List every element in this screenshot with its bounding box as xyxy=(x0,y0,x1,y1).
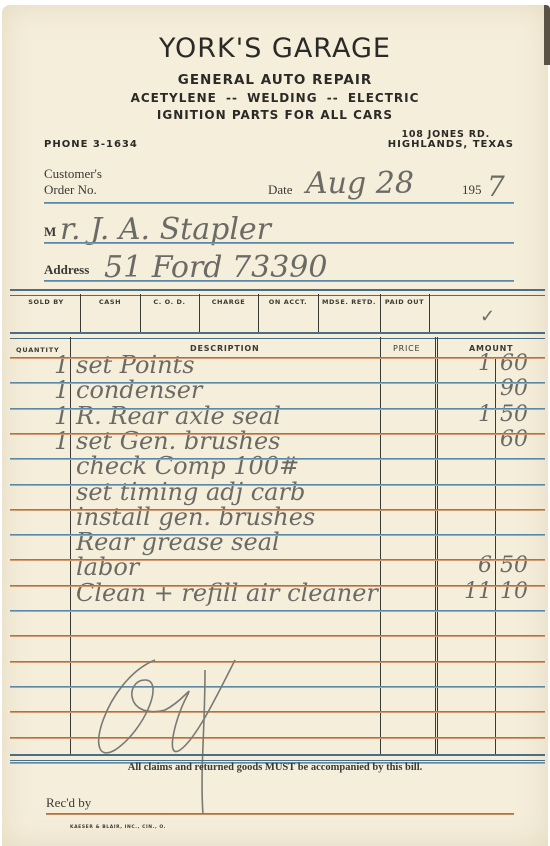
address-label: Address xyxy=(44,262,89,278)
row-rule xyxy=(10,433,545,434)
col-mdse-retd: MDSE. RETD. xyxy=(318,298,380,306)
services: ACETYLENE -- WELDING -- ELECTRIC xyxy=(0,91,550,105)
signature xyxy=(85,640,265,820)
item-description: install gen. brushes xyxy=(76,503,315,531)
item-cents: 10 xyxy=(500,579,528,604)
order-no-label-2: Order No. xyxy=(44,182,97,198)
header-quantity: QUANTITY xyxy=(16,346,59,354)
row-rule xyxy=(10,610,545,611)
item-cents: 60 xyxy=(500,427,528,452)
payment-top-rule xyxy=(10,289,545,296)
item-dollars: 1 xyxy=(460,402,492,427)
col-charge: CHARGE xyxy=(199,298,258,306)
amount-divider-b xyxy=(437,337,438,754)
item-cents: 50 xyxy=(500,402,528,427)
item-description: labor xyxy=(76,553,139,581)
name-label: M xyxy=(44,224,56,240)
amount-divider-a xyxy=(435,337,436,754)
item-qty: 1 xyxy=(54,376,69,404)
item-description: condenser xyxy=(76,376,202,404)
row-rule xyxy=(10,559,545,560)
col-cash: CASH xyxy=(80,298,140,306)
item-description: set timing adj carb xyxy=(76,478,305,506)
col-cod: C. O. D. xyxy=(140,298,199,306)
address-line-2: HIGHLANDS, TEXAS xyxy=(388,139,514,150)
item-dollars: 6 xyxy=(460,553,492,578)
row-rule xyxy=(10,408,545,409)
row-rule xyxy=(10,635,545,636)
row-rule xyxy=(10,382,545,383)
table-bottom-rule xyxy=(10,754,545,761)
year-printed: 195 xyxy=(462,182,482,198)
divider xyxy=(429,294,430,332)
check-mark: ✓ xyxy=(480,306,495,327)
address-rule xyxy=(44,280,514,282)
row-rule xyxy=(10,357,545,358)
phone-number: PHONE 3-1634 xyxy=(44,139,138,150)
cents-divider xyxy=(495,357,496,754)
order-no-label-1: Customer's xyxy=(44,166,102,182)
item-description: set Points xyxy=(76,351,195,379)
date-label: Date xyxy=(268,182,293,198)
item-description: set Gen. brushes xyxy=(76,427,280,455)
order-rule xyxy=(44,202,514,204)
printer-credit: KAESER & BLAIR, INC., CIN., O. xyxy=(70,825,166,830)
item-description: check Comp 100# xyxy=(76,452,299,480)
item-dollars: 1 xyxy=(460,351,492,376)
price-divider xyxy=(380,337,381,754)
business-name: YORK'S GARAGE xyxy=(0,33,550,64)
item-qty: 1 xyxy=(54,402,69,430)
item-cents: 50 xyxy=(500,553,528,578)
received-by-rule xyxy=(46,813,514,815)
row-rule xyxy=(10,585,545,586)
col-sold-by: SOLD BY xyxy=(12,298,80,306)
row-rule xyxy=(10,509,545,510)
item-dollars: 11 xyxy=(460,579,492,604)
item-description: Rear grease seal xyxy=(76,528,280,556)
item-cents: 90 xyxy=(500,376,528,401)
item-description: Clean + refill air cleaner xyxy=(76,579,378,607)
row-rule xyxy=(10,534,545,535)
row-rule xyxy=(10,484,545,485)
header-description: DESCRIPTION xyxy=(190,344,259,353)
item-cents: 60 xyxy=(500,351,528,376)
header-price: PRICE xyxy=(393,344,420,353)
payment-bottom-rule xyxy=(10,332,545,339)
name-rule xyxy=(44,242,514,244)
claims-notice: All claims and returned goods MUST be ac… xyxy=(0,762,550,773)
qty-divider xyxy=(70,337,71,754)
date-value: Aug 28 xyxy=(306,166,414,201)
item-qty: 1 xyxy=(54,351,69,379)
tagline: GENERAL AUTO REPAIR xyxy=(0,72,550,88)
received-by-label: Rec'd by xyxy=(46,795,91,811)
item-qty: 1 xyxy=(54,427,69,455)
col-paid-out: PAID OUT xyxy=(380,298,429,306)
year-handwritten: 7 xyxy=(487,170,505,203)
item-description: R. Rear axle seal xyxy=(76,402,281,430)
parts-line: IGNITION PARTS FOR ALL CARS xyxy=(0,108,550,122)
row-rule xyxy=(10,458,545,459)
col-on-acct: ON ACCT. xyxy=(258,298,318,306)
